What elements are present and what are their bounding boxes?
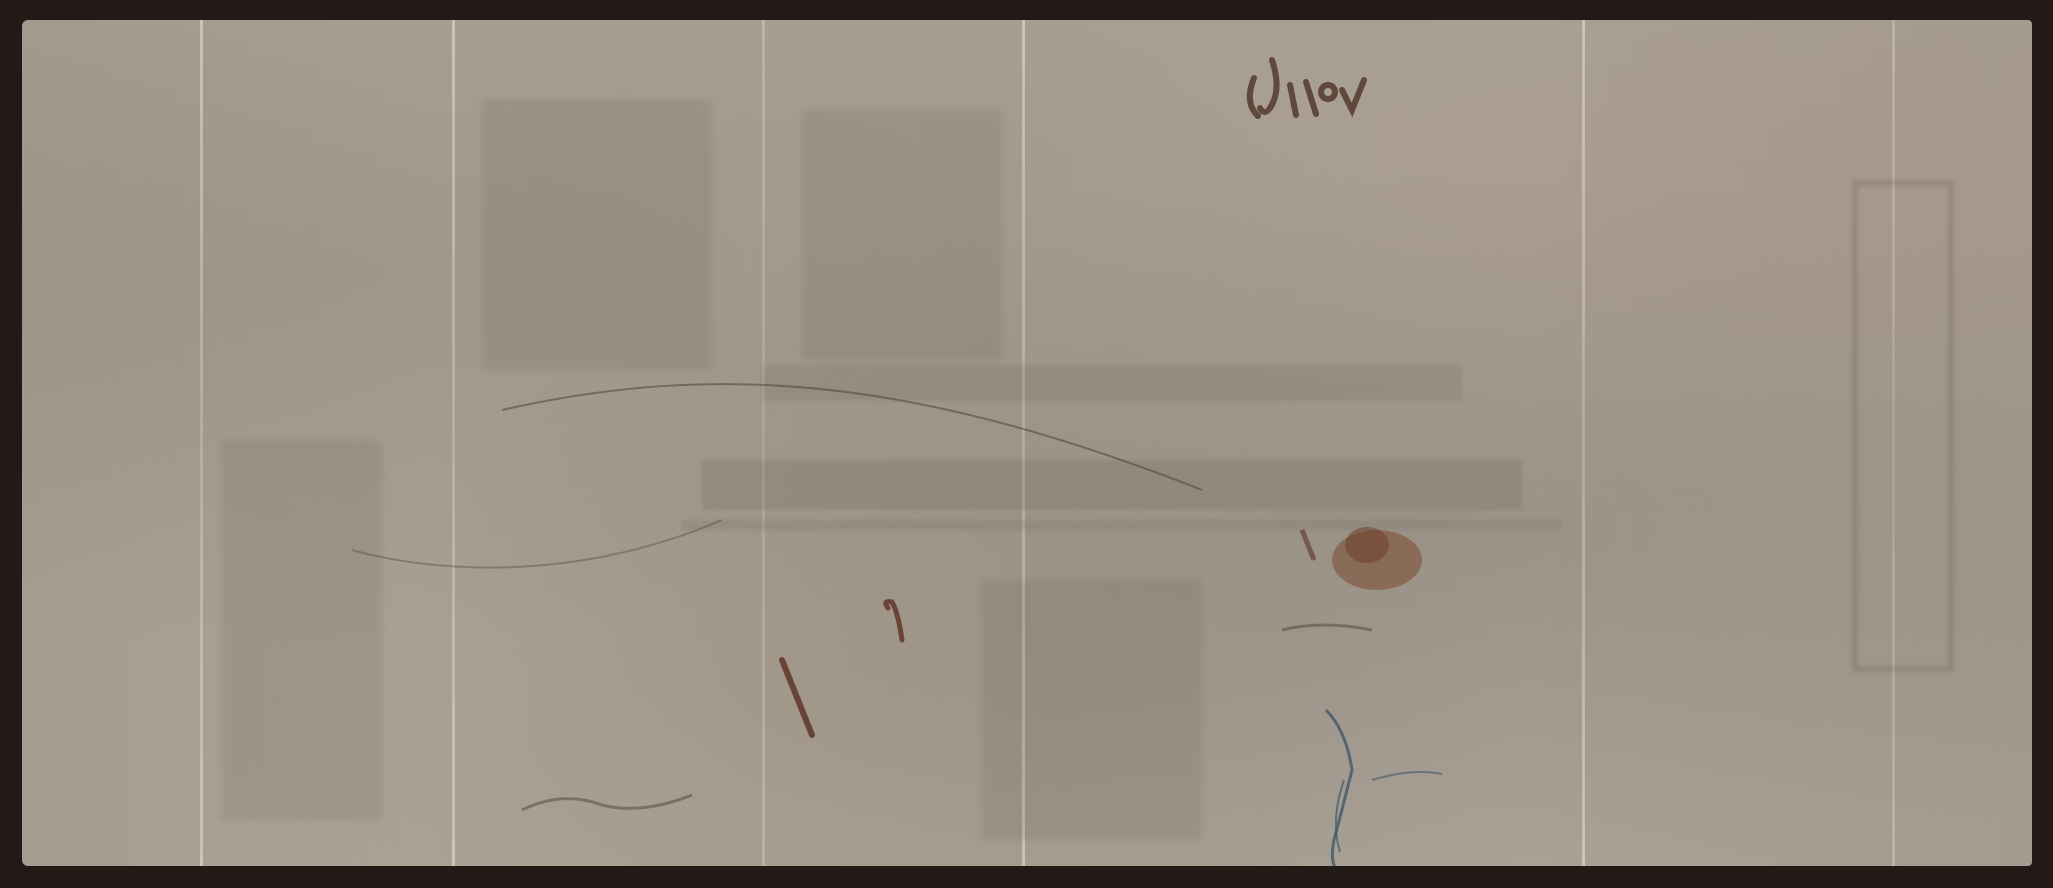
ink-marks: [22, 20, 2032, 866]
banknote-paper: [22, 20, 2032, 866]
